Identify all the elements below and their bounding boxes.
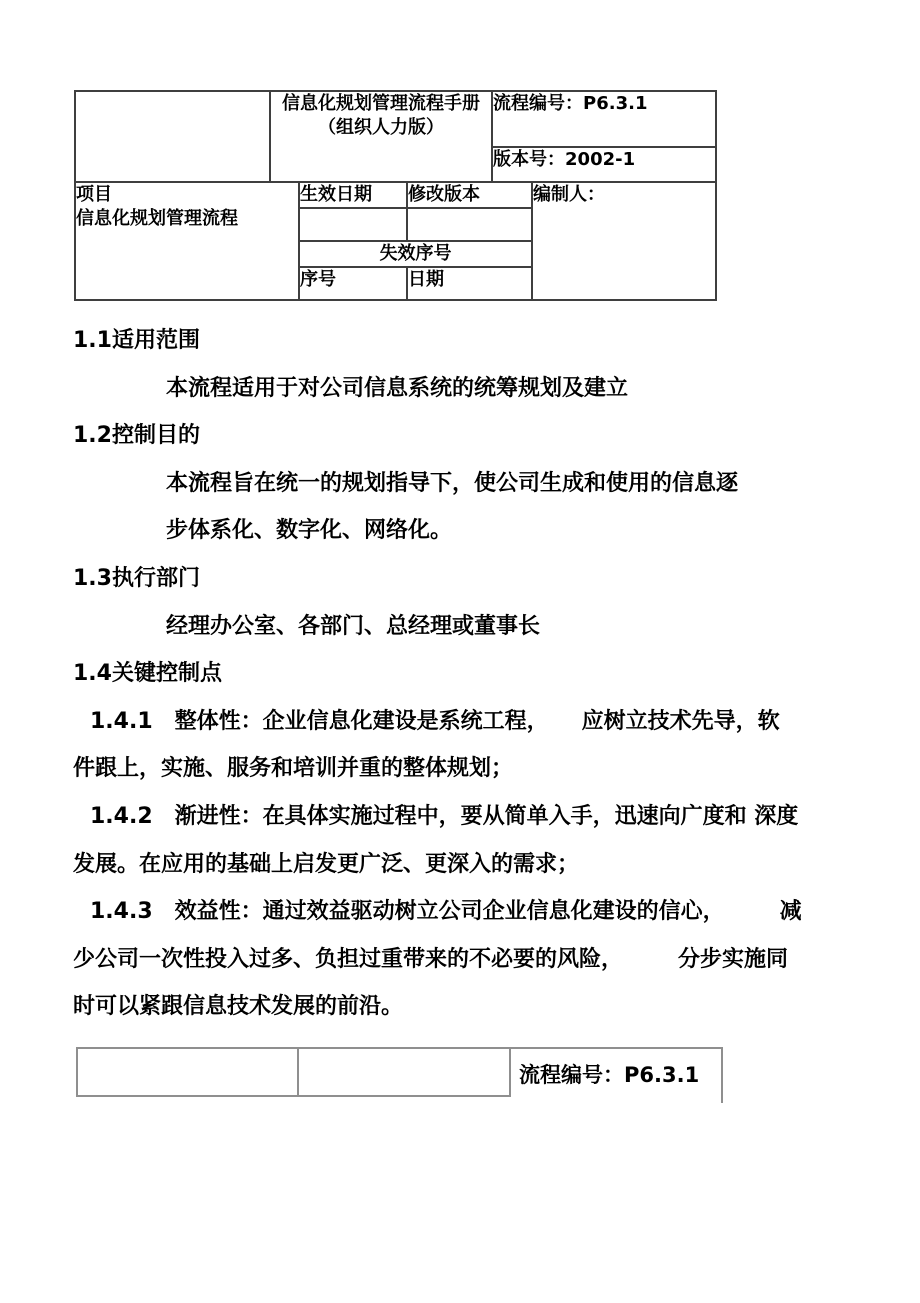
section-heading-1-2: 1.2控制目的 [73, 412, 863, 460]
project-cell: 项目 信息化规划管理流程 [75, 182, 299, 300]
invalid-serial-header: 失效序号 [299, 241, 532, 267]
paragraph-line: 少公司一次性投入过多、负担过重带来的不必要的风险， 分步实施同 [73, 936, 863, 984]
footer-table: 流程编号：P6.3.1 [76, 1047, 723, 1103]
section-heading-1-3: 1.3执行部门 [73, 555, 863, 603]
document-title-line1: 信息化规划管理流程手册 [271, 92, 491, 116]
project-label: 项目 [76, 183, 298, 207]
paragraph-line: 发展。在应用的基础上启发更广泛、更深入的需求； [73, 841, 863, 889]
header-table: 信息化规划管理流程手册 （组织人力版） 流程编号：P6.3.1 版本号：2002… [74, 90, 717, 301]
version-number-cell: 版本号：2002-1 [492, 147, 716, 182]
paragraph-line: 时可以紧跟信息技术发展的前沿。 [73, 983, 863, 1031]
date-header: 日期 [407, 267, 532, 300]
clause-1-4-2-line: 1.4.2 渐进性：在具体实施过程中，要从简单入手，迅速向广度和 深度 [73, 793, 863, 841]
clause-1-4-1-line: 1.4.1 整体性：企业信息化建设是系统工程， 应树立技术先导，软 [73, 698, 863, 746]
document-title-line2: （组织人力版） [271, 116, 491, 140]
paragraph-line: 经理办公室、各部门、总经理或董事长 [73, 603, 863, 651]
footer-process-number-cell: 流程编号：P6.3.1 [511, 1047, 723, 1103]
compiler-cell: 编制人： [532, 182, 716, 300]
paragraph-line: 步体系化、数字化、网络化。 [73, 507, 863, 555]
project-name: 信息化规划管理流程 [76, 207, 298, 231]
effective-date-header: 生效日期 [299, 182, 407, 208]
footer-empty-cell-2 [297, 1047, 511, 1097]
paragraph-line: 本流程旨在统一的规划指导下，使公司生成和使用的信息逐 [73, 460, 863, 508]
effective-date-empty-cell [299, 208, 407, 241]
document-title-cell: 信息化规划管理流程手册 （组织人力版） [270, 91, 492, 182]
modified-version-header: 修改版本 [407, 182, 532, 208]
serial-no-header: 序号 [299, 267, 407, 300]
header-empty-cell [75, 91, 270, 182]
clause-1-4-3-line: 1.4.3 效益性：通过效益驱动树立公司企业信息化建设的信心， 减 [73, 888, 863, 936]
section-heading-1-1: 1.1适用范围 [73, 317, 863, 365]
paragraph-line: 件跟上，实施、服务和培训并重的整体规划； [73, 745, 863, 793]
modified-version-empty-cell [407, 208, 532, 241]
document-body: 1.1适用范围 本流程适用于对公司信息系统的统筹规划及建立 1.2控制目的 本流… [73, 317, 863, 1031]
paragraph-line: 本流程适用于对公司信息系统的统筹规划及建立 [73, 365, 863, 413]
section-heading-1-4: 1.4关键控制点 [73, 650, 863, 698]
footer-empty-cell-1 [76, 1047, 297, 1097]
process-number-cell: 流程编号：P6.3.1 [492, 91, 716, 147]
